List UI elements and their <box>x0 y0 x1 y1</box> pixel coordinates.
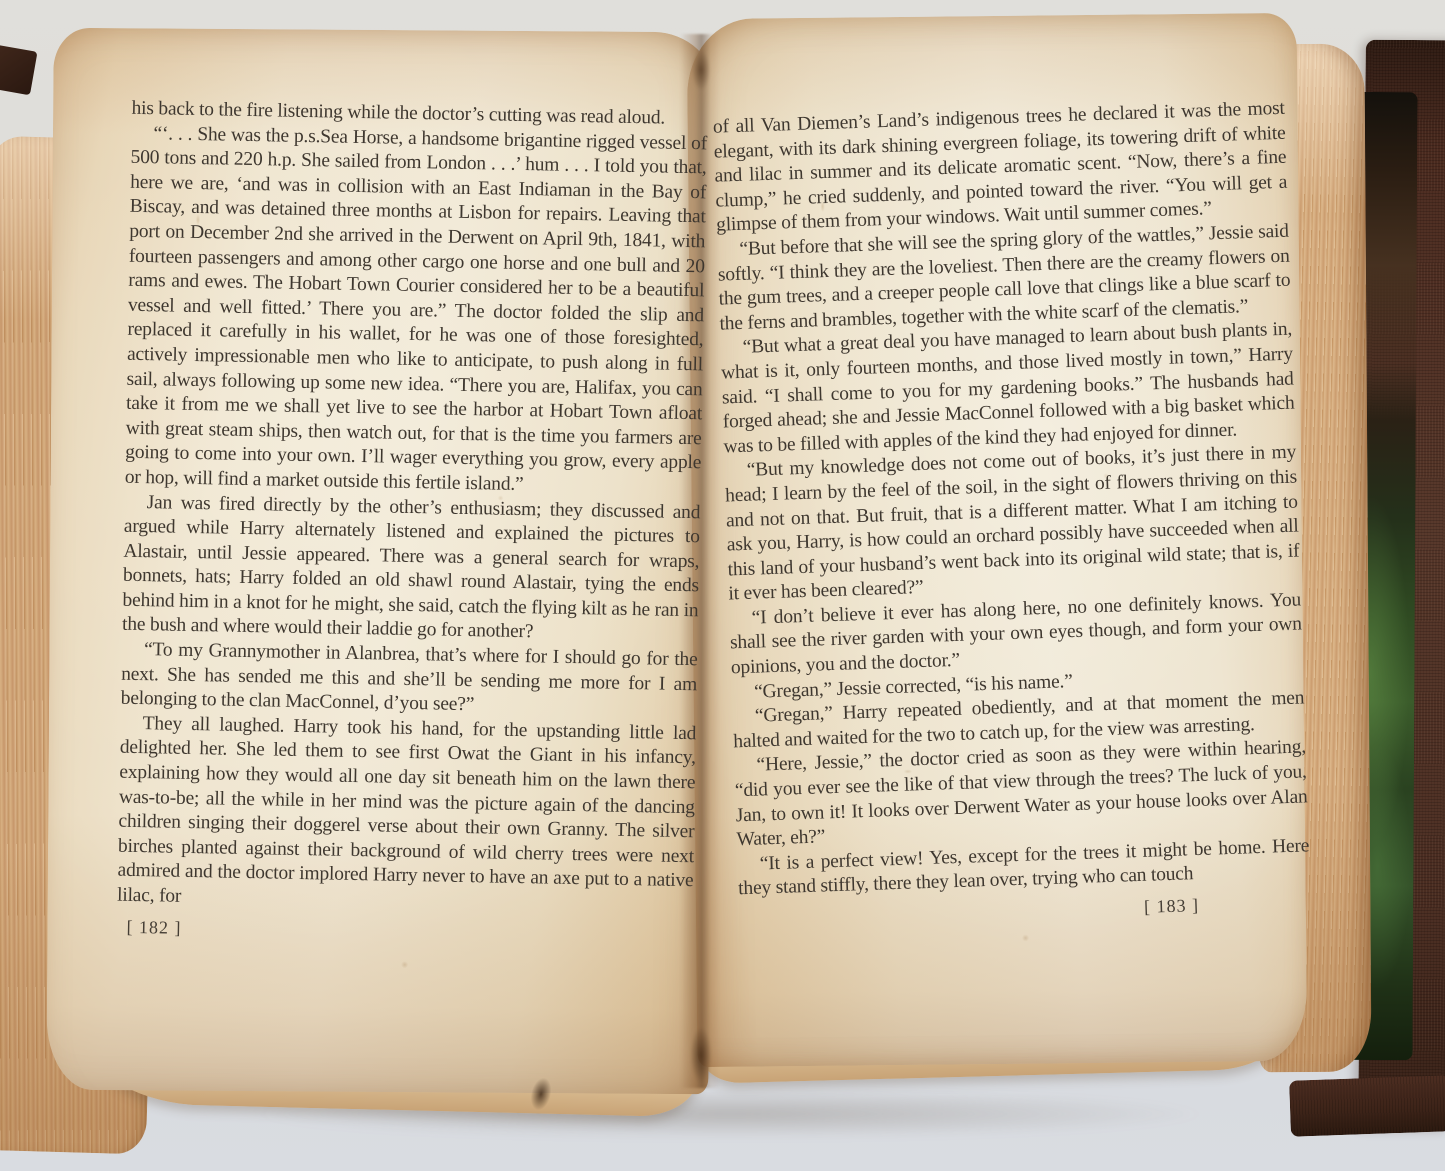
paragraph: “‘. . . She was the p.s.Sea Horse, a han… <box>125 121 708 500</box>
left-page-text: his back to the fire listening while the… <box>116 97 707 950</box>
paragraph: “But what a great deal you have managed … <box>720 318 1296 460</box>
paragraph: “But my knowledge does not come out of b… <box>724 441 1301 607</box>
right-page-text: of all Van Diemen’s Land’s indigenous tr… <box>713 97 1312 933</box>
cover-corner-peek <box>0 45 38 96</box>
paragraph: “To my Grannymother in Alanbrea, that’s … <box>120 638 697 722</box>
gutter-shadow-bottom <box>686 1020 716 1090</box>
paragraph: “But before that she will see the spring… <box>717 220 1292 337</box>
paragraph: Jan was fired directly by the other’s en… <box>122 490 701 648</box>
paragraph: They all laughed. Harry took his hand, f… <box>117 712 697 919</box>
paragraph: “Here, Jessie,” the doctor cried as soon… <box>734 736 1309 853</box>
paragraph: of all Van Diemen’s Land’s indigenous tr… <box>713 97 1289 239</box>
book-photo-scene: his back to the fire listening while the… <box>0 0 1445 1171</box>
gutter-shadow-top <box>688 42 714 98</box>
